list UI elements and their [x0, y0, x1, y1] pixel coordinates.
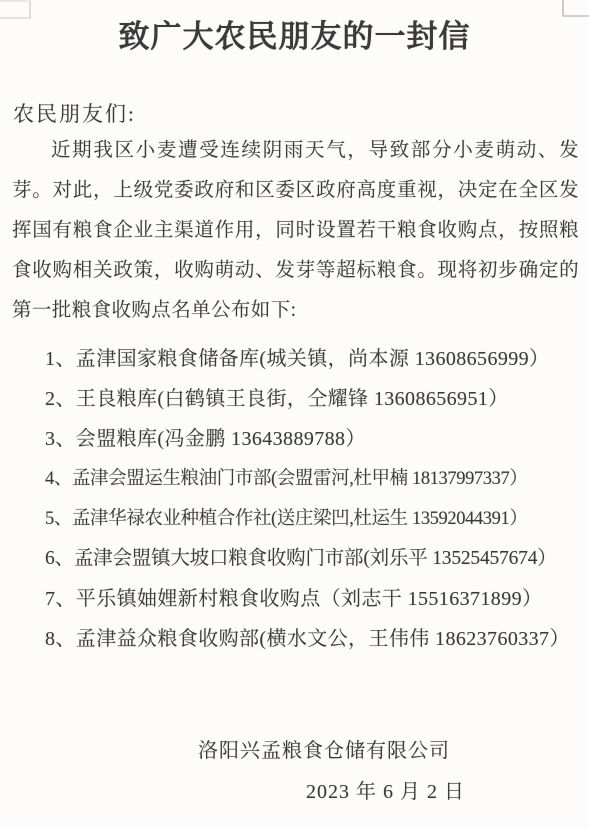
letter-page: 致广大农民朋友的一封信 农民朋友们: 近期我区小麦遭受连续阴雨天气，导致部分小麦…: [0, 0, 589, 828]
purchase-point-list: 1、孟津国家粮食储备库(城关镇，尚本源 13608656999） 2、王良粮库(…: [0, 339, 589, 659]
salutation: 农民朋友们:: [13, 101, 589, 127]
list-item: 5、孟津华禄农业种植合作社(送庄梁凹,杜运生 13592044391）: [0, 499, 589, 539]
list-item: 8、孟津益众粮食收购部(横水文公，王伟伟 18623760337）: [0, 619, 589, 659]
scan-edge-mark-top-left: [0, 0, 31, 19]
list-item: 3、会盟粮库(冯金鹏 13643889788）: [0, 419, 589, 459]
list-item: 4、孟津会盟运生粮油门市部(会盟雷河,杜甲楠 18137997337）: [0, 459, 589, 499]
signature-block: 洛阳兴孟粮食仓储有限公司 2023 年 6 月 2 日: [0, 731, 589, 813]
signature-date: 2023 年 6 月 2 日: [0, 772, 589, 813]
list-item: 1、孟津国家粮食储备库(城关镇，尚本源 13608656999）: [0, 339, 589, 379]
letter-title: 致广大农民朋友的一封信: [0, 0, 589, 57]
scan-edge-mark-top-right: [562, 0, 589, 17]
letter-body-paragraph: 近期我区小麦遭受连续阴雨天气，导致部分小麦萌动、发芽。对此，上级党委政府和区委区…: [12, 131, 579, 331]
list-item: 6、孟津会盟镇大坡口粮食收购门市部(刘乐平 13525457674）: [0, 539, 589, 579]
list-item: 7、平乐镇妯娌新村粮食收购点（刘志干 15516371899）: [0, 579, 589, 619]
list-item: 2、王良粮库(白鹤镇王良街，仝耀锋 13608656951）: [0, 379, 589, 419]
signature-company: 洛阳兴孟粮食仓储有限公司: [0, 731, 589, 772]
